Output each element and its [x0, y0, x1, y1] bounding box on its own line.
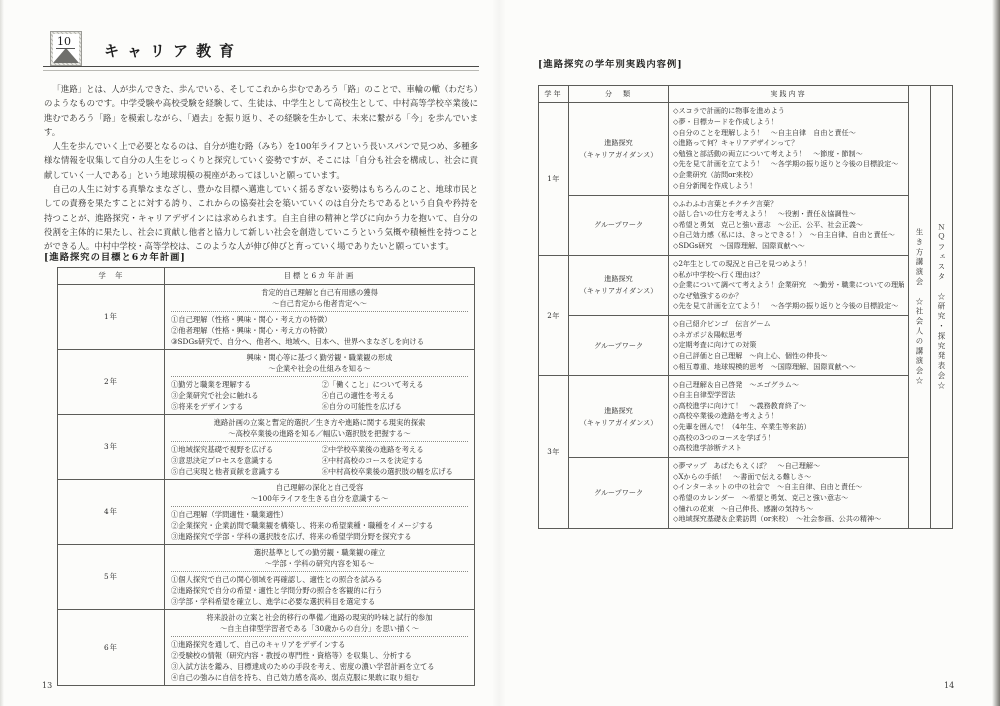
practice-item: ◇なぜ勉強するのか？: [673, 291, 904, 302]
body-paragraph: 人生を歩んでいく上で必要となるのは、自分が進む路（みち）を100年ライフという長…: [44, 139, 478, 182]
year-cell: 6年: [58, 610, 165, 686]
goal-item-list: ①自己理解（性格・興味・関心・考え方の特徴）②他者理解（性格・興味・関心・考え方…: [171, 314, 468, 347]
category-cell: グループワーク: [569, 195, 669, 255]
practice-item: ◇インターネットの中の社会で ～自主自律、自由と責任～: [673, 482, 904, 493]
vertical-label-column-nq-festa: ＮＱフェスタ ☆研究・探究発表会☆: [930, 85, 953, 529]
goal-cell: 自己理解の深化と自己受容～100年ライフを生きる自分を意識する～①自己理解（学問…: [165, 480, 475, 545]
practice-content-cell: ◇夢マップ あばたもえくぼ？ ～自己理解～◇Xからの手紙！ ～書面で伝える難しさ…: [669, 458, 909, 529]
goal-subtitle: ～高校卒業後の進路を知る／幅広い選択肢を把握する～: [171, 428, 468, 439]
goal-subtitle: ～企業や社会の仕組みを知る～: [171, 363, 468, 374]
practice-table-wrap: 学年 分 類 実践内容 1年進路探究 （キャリアガイダンス）◇スコラで計画的に物…: [538, 85, 953, 529]
goal-item: ①進路探究を通して、自己のキャリアをデザインする: [171, 639, 468, 650]
header-goal: 目標と6カ年計画: [165, 268, 475, 285]
goal-item: ②進路探究で自分の希望・適性と学問分野の照合を客観的に行う: [171, 585, 468, 596]
goal-item-list: ①自己理解（学問適性・職業適性）②企業探究・企業訪問で職業観を構築し、将来の希望…: [171, 509, 468, 542]
practice-item: ◇夢マップ あばたもえくぼ？ ～自己理解～: [673, 461, 904, 472]
practice-item: ◇自己評価と自己理解 ～向上心、個性の伸長～: [673, 351, 904, 362]
practice-table-body: 1年進路探究 （キャリアガイダンス）◇スコラで計画的に物事を進めよう◇夢・目標カ…: [539, 103, 909, 529]
goal-title-block: 将来設計の立案と社会的移行の準備／進路の現実的吟味と試行的参加～自主自律型学習者…: [171, 612, 468, 637]
badge-inner: 10: [53, 34, 79, 63]
practice-item: ◇私が中学校へ行く理由は？: [673, 270, 904, 281]
goal-subtitle: ～学部・学科の研究内容を知る～: [171, 558, 468, 569]
goal-title: 選択基準としての勤労観・職業観の確立: [171, 547, 468, 558]
goal-item: ②他者理解（性格・興味・関心・考え方の特徴）: [171, 325, 468, 336]
goal-item: ⑤将来をデザインする: [171, 401, 318, 412]
year-cell: 1年: [539, 103, 569, 256]
practice-item: ◇高校進学に向けて！ ～義務教育終了～: [673, 401, 904, 412]
goal-item-list: ①地域探究基礎で視野を広げる②中学校卒業後の進路を考える③意思決定プロセスを意識…: [171, 444, 468, 477]
table-row: 1年進路探究 （キャリアガイダンス）◇スコラで計画的に物事を進めよう◇夢・目標カ…: [539, 103, 909, 196]
practice-item: ◇企業研究（訪問or来校）: [673, 170, 904, 181]
year-cell: 2年: [539, 255, 569, 376]
table-row: 3年進路探究 （キャリアガイダンス）◇自己理解＆自己啓発 ～エゴグラム～◇自主自…: [539, 376, 909, 458]
practice-item: ◇憧れの花束 ～自己伸長、感謝の気持ち～: [673, 504, 904, 515]
practice-item: ◇企業について調べて考えよう！企業研究 ～勤労・職業についての理解～: [673, 280, 904, 291]
category-cell: グループワーク: [569, 316, 669, 376]
practice-content-cell: ◇自己紹介ビンゴ 伝言ゲーム◇ネガポジ＆陽転思考◇定期考査に向けての対策◇自己評…: [669, 316, 909, 376]
goal-item: ④中村高校のコースを決定する: [322, 455, 469, 466]
table-row: 2年進路探究 （キャリアガイダンス）◇2年生としての現況と自己を見つめよう！◇私…: [539, 255, 909, 315]
year-cell: 3年: [58, 415, 165, 480]
goal-title: 自己理解の深化と自己受容: [171, 482, 468, 493]
practice-item: ◇自主自律型学習法: [673, 390, 904, 401]
practice-item: ◇SDGs研究 ～国際理解、国際貢献へ～: [673, 241, 904, 252]
practice-item: ◇希望と勇気 克己と強い意志 ～公正、公平、社会正義～: [673, 220, 904, 231]
section-heading-goals: [進路探究の目標と6カ年計画]: [44, 249, 186, 263]
practice-item: ◇自己紹介ビンゴ 伝言ゲーム: [673, 319, 904, 330]
goal-item: ①自己理解（性格・興味・関心・考え方の特徴）: [171, 314, 468, 325]
goal-item: ③学部・学科希望を確立し、進学に必要な選択科目を選定する: [171, 596, 468, 607]
practice-item: ◇高校進学診断テスト: [673, 443, 904, 454]
goal-title-block: 自己理解の深化と自己受容～100年ライフを生きる自分を意識する～: [171, 482, 468, 507]
practice-item: ◇勉強と部活動の両立について考えよう！ ～節度・節制～: [673, 149, 904, 160]
goal-cell: 選択基準としての勤労観・職業観の確立～学部・学科の研究内容を知る～①個人探究で自…: [165, 545, 475, 610]
practice-item: ◇ネガポジ＆陽転思考: [673, 330, 904, 341]
section-heading-practice: [進路探究の学年別実践内容例]: [538, 56, 683, 70]
practice-item: ◇Xからの手紙！ ～書面で伝える難しさ～: [673, 472, 904, 483]
goal-item: ⑥中村高校卒業後の選択肢の幅を広げる: [322, 466, 469, 477]
practice-item: ◇話し合いの仕方を考えよう！ ～役割・責任＆協調性～: [673, 209, 904, 220]
goal-title: 肯定的自己理解と自己有用感の獲得: [171, 287, 468, 298]
vertical-label: 生き方講演会 ☆社会人の講演会☆: [909, 228, 930, 386]
goal-item: ②企業探究・企業訪問で職業観を構築し、将来の希望業種・職種をイメージする: [171, 520, 468, 531]
practice-item: ◇先を見て計画を立てよう！ ～各学期の振り返りと今後の目標設定～: [673, 301, 904, 312]
goal-item: ③SDGs研究で、自分へ、他者へ、地域へ、日本へ、世界へまなざしを向ける: [171, 336, 468, 347]
goal-item: ②中学校卒業後の進路を考える: [322, 444, 469, 455]
practice-item: ◇相互尊重、地球規模的思考 ～国際理解、国際貢献へ～: [673, 362, 904, 373]
goal-item: ①個人探究で自己の関心領域を再確認し、適性との照合を試みる: [171, 574, 468, 585]
table-row: グループワーク◇夢マップ あばたもえくぼ？ ～自己理解～◇Xからの手紙！ ～書面…: [539, 458, 909, 529]
practice-content-cell: ◇ふわふわ言葉とチクチク言葉？◇話し合いの仕方を考えよう！ ～役割・責任＆協調性…: [669, 195, 909, 255]
header-year: 学 年: [58, 268, 165, 285]
year-cell: 2年: [58, 350, 165, 415]
badge-number: 10: [56, 35, 75, 49]
practice-item: ◇自己理解＆自己啓発 ～エゴグラム～: [673, 380, 904, 391]
header-year: 学年: [539, 86, 569, 103]
practice-item: ◇希望のカレンダー ～希望と勇気、克己と強い意志～: [673, 493, 904, 504]
title-rule: [43, 66, 479, 71]
goal-item: ⑥自分の可能性を広げる: [322, 401, 469, 412]
category-cell: 進路探究 （キャリアガイダンス）: [569, 103, 669, 196]
vertical-label: ＮＱフェスタ ☆研究・探究発表会☆: [931, 223, 952, 391]
goal-item: ③意思決定プロセスを意識する: [171, 455, 318, 466]
goal-item: ③企業研究で社会に触れる: [171, 390, 318, 401]
section-number-badge: 10: [50, 31, 82, 66]
goal-subtitle: ～自主自律型学習者である「30歳からの自分」を思い描く～: [171, 623, 468, 634]
table-row: グループワーク◇自己紹介ビンゴ 伝言ゲーム◇ネガポジ＆陽転思考◇定期考査に向けて…: [539, 316, 909, 376]
goal-item-list: ①進路探究を通して、自己のキャリアをデザインする②受験校の情報（研究内容・教授の…: [171, 639, 468, 683]
practice-item: ◇スコラで計画的に物事を進めよう: [673, 106, 904, 117]
goal-cell: 興味・関心等に基づく勤労観・職業観の形成～企業や社会の仕組みを知る～①勤労と職業…: [165, 350, 475, 415]
goal-title-block: 肯定的自己理解と自己有用感の獲得～自己肯定から他者肯定へ～: [171, 287, 468, 312]
practice-content-cell: ◇2年生としての現況と自己を見つめよう！◇私が中学校へ行く理由は？◇企業について…: [669, 255, 909, 315]
year-cell: 3年: [539, 376, 569, 529]
goal-item: ①自己理解（学問適性・職業適性）: [171, 509, 468, 520]
goal-cell: 将来設計の立案と社会的移行の準備／進路の現実的吟味と試行的参加～自主自律型学習者…: [165, 610, 475, 686]
practice-content-cell: ◇スコラで計画的に物事を進めよう◇夢・目標カードを作成しよう！◇自分のことを理解…: [669, 103, 909, 196]
table-header-row: 学 年 目標と6カ年計画: [58, 268, 475, 285]
practice-item: ◇自己効力感（私には、きっとできる！） ～自主自律、自由と責任～: [673, 230, 904, 241]
table-row: 4年自己理解の深化と自己受容～100年ライフを生きる自分を意識する～①自己理解（…: [58, 480, 475, 545]
badge-triangle: [53, 48, 79, 63]
goal-title: 進路計画の立案と暫定的選択／生き方や進路に関する現実的探索: [171, 417, 468, 428]
goal-item: ③入試方法を鑑み、目標達成のための手段を考え、密度の濃い学習計画を立てる: [171, 661, 468, 672]
table-row: 3年進路計画の立案と暫定的選択／生き方や進路に関する現実的探索～高校卒業後の進路…: [58, 415, 475, 480]
goals-table-body: 1年肯定的自己理解と自己有用感の獲得～自己肯定から他者肯定へ～①自己理解（性格・…: [58, 285, 475, 686]
page-gutter: [492, 0, 506, 706]
goal-cell: 進路計画の立案と暫定的選択／生き方や進路に関する現実的探索～高校卒業後の進路を知…: [165, 415, 475, 480]
practice-item: ◇定期考査に向けての対策: [673, 340, 904, 351]
goal-item: ②「働くこと」について考える: [322, 379, 469, 390]
goal-item-list: ①勤労と職業を理解する②「働くこと」について考える③企業研究で社会に触れる④自己…: [171, 379, 468, 412]
practice-content-cell: ◇自己理解＆自己啓発 ～エゴグラム～◇自主自律型学習法◇高校進学に向けて！ ～義…: [669, 376, 909, 458]
table-row: 6年将来設計の立案と社会的移行の準備／進路の現実的吟味と試行的参加～自主自律型学…: [58, 610, 475, 686]
goal-title: 興味・関心等に基づく勤労観・職業観の形成: [171, 352, 468, 363]
table-header-row: 学年 分 類 実践内容: [539, 86, 909, 103]
year-cell: 5年: [58, 545, 165, 610]
goal-item-list: ①個人探究で自己の関心領域を再確認し、適性との照合を試みる②進路探究で自分の希望…: [171, 574, 468, 607]
goal-title-block: 進路計画の立案と暫定的選択／生き方や進路に関する現実的探索～高校卒業後の進路を知…: [171, 417, 468, 442]
goal-item: ②受験校の情報（研究内容・教授の専門性・資格等）を収集し、分析する: [171, 650, 468, 661]
goal-item: ①勤労と職業を理解する: [171, 379, 318, 390]
goal-item: ④自己の適性を考える: [322, 390, 469, 401]
scan-edge-right: [992, 0, 1000, 706]
practice-table: 学年 分 類 実践内容 1年進路探究 （キャリアガイダンス）◇スコラで計画的に物…: [538, 85, 909, 529]
goal-item: ③進路探究で学部・学科の選択肢を広げ、将来の希望学問分野を探究する: [171, 531, 468, 542]
table-row: 2年興味・関心等に基づく勤労観・職業観の形成～企業や社会の仕組みを知る～①勤労と…: [58, 350, 475, 415]
body-paragraph: 「進路」とは、人が歩んできた、歩んでいる、そしてこれから歩むであろう「路」のこと…: [44, 82, 478, 139]
goal-cell: 肯定的自己理解と自己有用感の獲得～自己肯定から他者肯定へ～①自己理解（性格・興味…: [165, 285, 475, 350]
goal-item: ④自己の強みに自信を持ち、自己効力感を高め、弱点克服に果敢に取り組む: [171, 672, 468, 683]
category-cell: 進路探究 （キャリアガイダンス）: [569, 376, 669, 458]
goal-title: 将来設計の立案と社会的移行の準備／進路の現実的吟味と試行的参加: [171, 612, 468, 623]
practice-item: ◇先輩を囲んで！（4年生、卒業生等来訪）: [673, 422, 904, 433]
six-year-plan-table: 学 年 目標と6カ年計画 1年肯定的自己理解と自己有用感の獲得～自己肯定から他者…: [57, 267, 475, 686]
category-cell: グループワーク: [569, 458, 669, 529]
vertical-label-column-lectures: 生き方講演会 ☆社会人の講演会☆: [908, 85, 931, 529]
goal-title-block: 興味・関心等に基づく勤労観・職業観の形成～企業や社会の仕組みを知る～: [171, 352, 468, 377]
practice-item: ◇高校の3つのコースを学ぼう！: [673, 433, 904, 444]
page-number-left: 13: [42, 681, 52, 690]
goal-subtitle: ～自己肯定から他者肯定へ～: [171, 298, 468, 309]
intro-text: 「進路」とは、人が歩んできた、歩んでいる、そしてこれから歩むであろう「路」のこと…: [44, 82, 478, 254]
document-spread: 10 キャリア教育 「進路」とは、人が歩んできた、歩んでいる、そしてこれから歩む…: [0, 0, 1000, 706]
practice-item: ◇地域探究基礎＆企業訪問（or来校） ～社会参画、公共の精神～: [673, 514, 904, 525]
page-number-right: 14: [944, 681, 954, 690]
practice-item: ◇自分新聞を作成しよう！: [673, 181, 904, 192]
header-content: 実践内容: [669, 86, 909, 103]
category-cell: 進路探究 （キャリアガイダンス）: [569, 255, 669, 315]
practice-item: ◇夢・目標カードを作成しよう！: [673, 117, 904, 128]
practice-item: ◇自分のことを理解しよう！ ～自主自律 自由と責任～: [673, 128, 904, 139]
goal-subtitle: ～100年ライフを生きる自分を意識する～: [171, 493, 468, 504]
table-row: グループワーク◇ふわふわ言葉とチクチク言葉？◇話し合いの仕方を考えよう！ ～役割…: [539, 195, 909, 255]
goal-item: ①地域探究基礎で視野を広げる: [171, 444, 318, 455]
goal-title-block: 選択基準としての勤労観・職業観の確立～学部・学科の研究内容を知る～: [171, 547, 468, 572]
goal-item: ⑤自己実現と他者貢献を意識する: [171, 466, 318, 477]
practice-item: ◇先を見て計画を立てよう！ ～各学期の振り返りと今後の目標設定～: [673, 159, 904, 170]
table-row: 5年選択基準としての勤労観・職業観の確立～学部・学科の研究内容を知る～①個人探究…: [58, 545, 475, 610]
practice-item: ◇高校卒業後の進路を考えよう！: [673, 411, 904, 422]
body-paragraph: 自己の人生に対する真摯なまなざし、豊かな目標へ邁進していく揺るぎない姿勢はもちろ…: [44, 182, 478, 253]
practice-item: ◇進路って何？キャリアデザインって？: [673, 138, 904, 149]
table-row: 1年肯定的自己理解と自己有用感の獲得～自己肯定から他者肯定へ～①自己理解（性格・…: [58, 285, 475, 350]
year-cell: 4年: [58, 480, 165, 545]
year-cell: 1年: [58, 285, 165, 350]
page-title: キャリア教育: [104, 40, 242, 61]
header-category: 分 類: [569, 86, 669, 103]
practice-item: ◇2年生としての現況と自己を見つめよう！: [673, 259, 904, 270]
practice-item: ◇ふわふわ言葉とチクチク言葉？: [673, 199, 904, 210]
scan-edge-left: [0, 0, 4, 706]
